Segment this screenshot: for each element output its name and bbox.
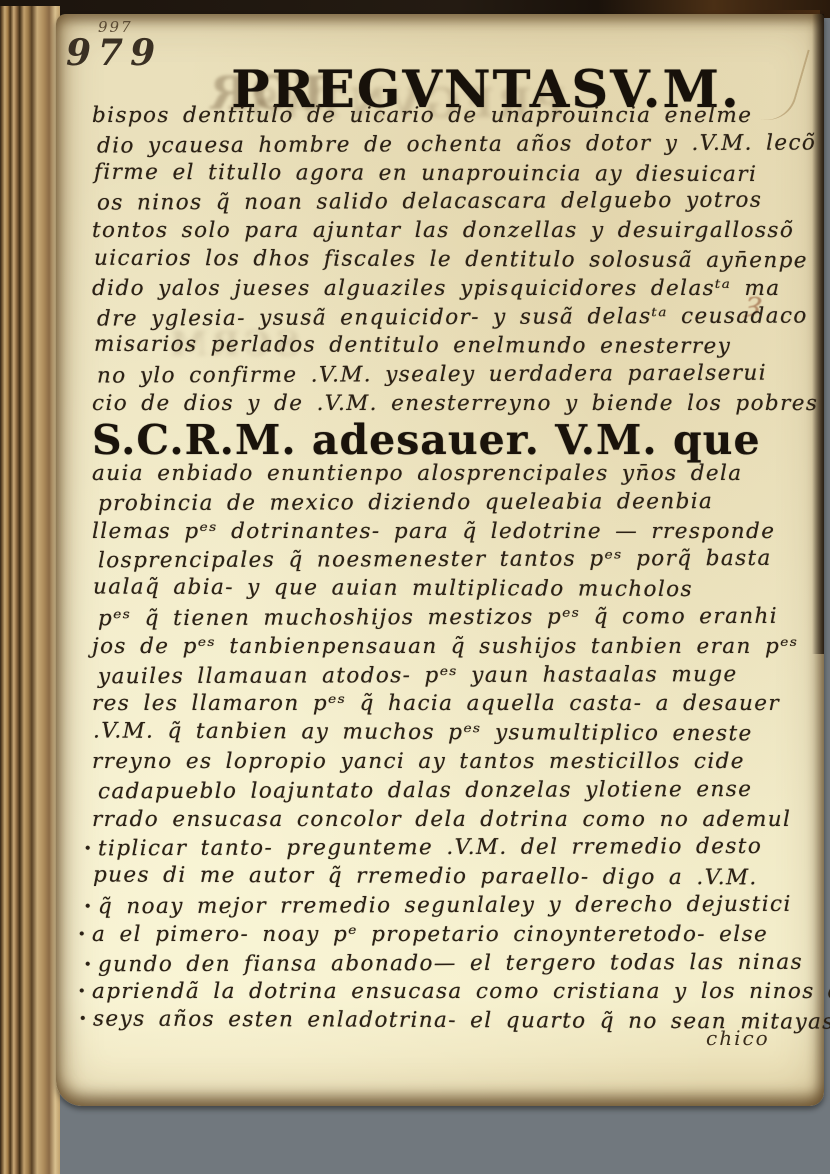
manuscript-line: probincia de mexico diziendo queleabia d… <box>98 488 808 519</box>
manuscript-line: · gundo den fiansa abonado— el tergero t… <box>98 948 808 979</box>
paragraph-1: bispos dentitulo de uicario de unaprouin… <box>92 102 808 419</box>
manuscript-line: jos de pᵉˢ tanbienpensauan q̃ sushijos t… <box>92 633 808 662</box>
manuscript-line: misarios perlados dentitulo enelmundo en… <box>94 331 808 362</box>
margin-dot: · <box>78 921 87 950</box>
manuscript-line: dre yglesia- ysusã enquicidor- y susã de… <box>97 302 808 334</box>
manuscript-line: dido yalos jueses alguaziles ypisquicido… <box>92 275 808 304</box>
salutation-heading: S.C.R.M. adesauer. V.M. que <box>92 416 830 464</box>
manuscript-line: firme el titullo agora en unaprouincia a… <box>94 158 808 189</box>
manuscript-line: rreyno es lopropio yanci ay tantos mesti… <box>92 748 808 777</box>
manuscript-line: uicarios los dhos fiscales le dentitulo … <box>94 245 808 276</box>
manuscript-line: ualaq̃ abia- y que auian multiplicado mu… <box>93 574 808 606</box>
manuscript-line-text: a el pimero- noay pᵉ propetario cinoynte… <box>92 922 768 947</box>
manuscript-line: llemas pᵉˢ dotrinantes- para q̃ ledotrin… <box>92 518 808 547</box>
manuscript-line-text: gundo den fiansa abonado— el tergero tod… <box>98 949 803 976</box>
manuscript-line: cadapueblo loajuntato dalas donzelas ylo… <box>98 776 808 807</box>
book-spine-page-edges <box>0 6 60 1174</box>
margin-dot: · <box>84 951 93 980</box>
manuscript-line: bispos dentitulo de uicario de unaprouin… <box>92 102 808 131</box>
manuscript-line: dio ycauesa hombre de ochenta años dotor… <box>97 129 808 161</box>
manuscript-line-text: q̃ noay mejor rremedio segunlaley y dere… <box>98 892 792 919</box>
manuscript-line: · q̃ noay mejor rremedio segunlaley y de… <box>98 891 808 922</box>
margin-dot: · <box>78 978 87 1007</box>
page-right-shadow <box>812 14 824 654</box>
manuscript-line: · a el pimero- noay pᵉ propetario cinoyn… <box>92 921 808 950</box>
margin-dot: · <box>84 836 93 865</box>
manuscript-page: TOR PREGVNTAS SCRM ȝ 997 979 PREGVNTASV.… <box>56 14 824 1106</box>
manuscript-line-text: apriendã la dotrina ensucasa como cristi… <box>92 979 830 1004</box>
manuscript-line: os ninos q̃ noan salido delacascara delg… <box>97 187 808 219</box>
manuscript-line: cio de dios y de .V.M. enesterreyno y bi… <box>92 390 808 419</box>
manuscript-line: no ylo confirme .V.M. ysealey uerdadera … <box>97 360 808 392</box>
manuscript-line: losprencipales q̃ noesmenester tantos pᵉ… <box>98 545 808 576</box>
paragraph-2: auia enbiado enuntienpo alosprencipales … <box>92 460 808 1036</box>
manuscript-photo: TOR PREGVNTAS SCRM ȝ 997 979 PREGVNTASV.… <box>0 0 830 1174</box>
manuscript-line: yauiles llamauan atodos- pᵉˢ yaun hastaa… <box>98 660 808 691</box>
manuscript-line: pᵉˢ q̃ tienen muchoshijos mestizos pᵉˢ q… <box>98 603 808 634</box>
folio-numbers: 997 979 <box>66 20 162 71</box>
manuscript-line: · apriendã la dotrina ensucasa como cris… <box>92 978 808 1007</box>
manuscript-line: · seys años esten enladotrina- el quarto… <box>93 1006 808 1038</box>
margin-dot: · <box>84 893 93 922</box>
folio-number: 979 <box>66 35 162 71</box>
manuscript-line: .V.M. q̃ tanbien ay muchos pᵉˢ ysumultip… <box>93 718 808 750</box>
manuscript-line: pues di me autor q̃ rremedio paraello- d… <box>93 862 808 894</box>
margin-dot: · <box>79 1006 88 1035</box>
catchword: chico <box>706 1026 770 1050</box>
manuscript-line: tontos solo para ajuntar las donzellas y… <box>92 217 808 246</box>
manuscript-line: rrado ensucasa concolor dela dotrina com… <box>92 806 808 835</box>
manuscript-line: res les llamaron pᵉˢ q̃ hacia aquella ca… <box>92 690 808 719</box>
manuscript-line: · tiplicar tanto- pregunteme .V.M. del r… <box>98 833 808 864</box>
manuscript-line: auia enbiado enuntienpo alosprencipales … <box>92 460 808 489</box>
manuscript-line-text: tiplicar tanto- pregunteme .V.M. del rre… <box>98 834 762 861</box>
